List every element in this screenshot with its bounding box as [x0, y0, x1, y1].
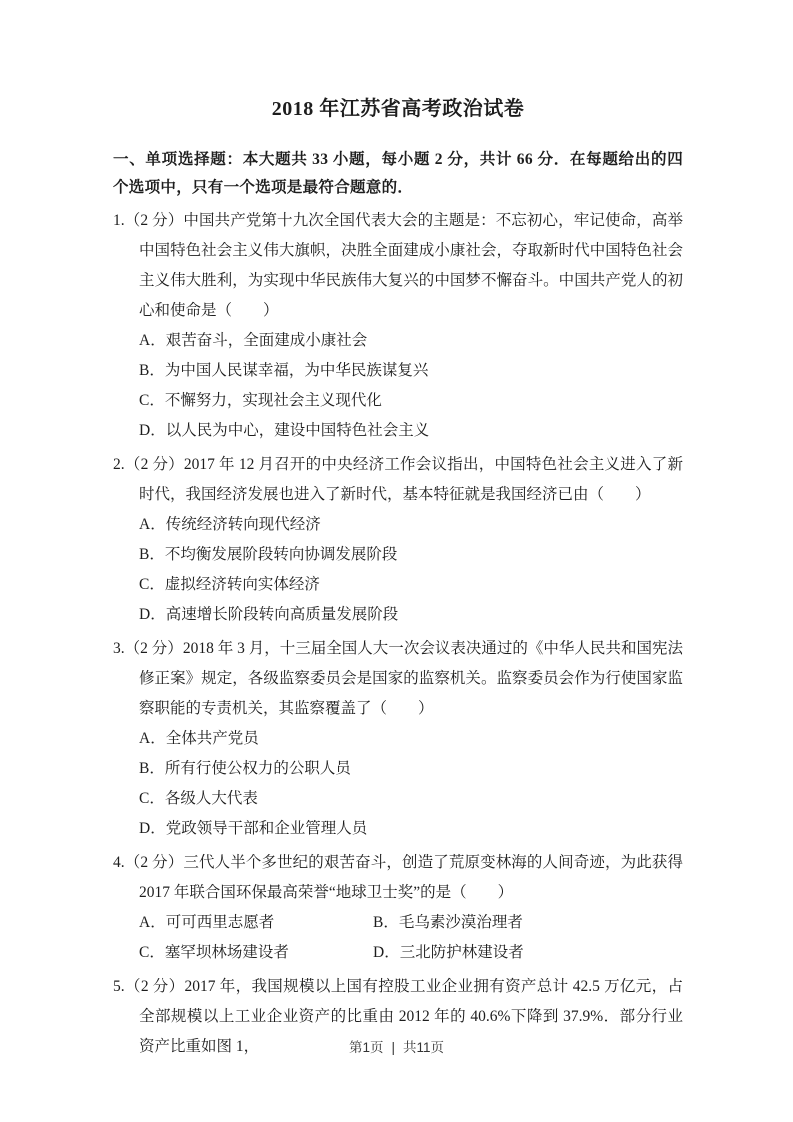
- question-4-stem: 4.（2 分）三代人半个多世纪的艰苦奋斗，创造了荒原变林海的人间奇迹，为此获得 …: [113, 848, 683, 908]
- option-c: C．塞罕坝林场建设者: [139, 938, 373, 968]
- section-heading: 一、单项选择题：本大题共 33 小题，每小题 2 分，共计 66 分．在每题给出…: [113, 146, 683, 202]
- page-title: 2018 年江苏省高考政治试卷: [113, 96, 683, 122]
- option-b: B．不均衡发展阶段转向协调发展阶段: [139, 540, 683, 570]
- question-1-stem: 1.（2 分）中国共产党第十九次全国代表大会的主题是：不忘初心，牢记使命，高举中…: [113, 206, 683, 326]
- question-stem-text: 2017 年 12 月召开的中央经济工作会议指出，中国特色社会主义进入了新时代，…: [139, 456, 683, 503]
- question-number: 1.: [113, 212, 125, 229]
- option-b: B．所有行使公权力的公职人员: [139, 754, 683, 784]
- question-2: 2.（2 分）2017 年 12 月召开的中央经济工作会议指出，中国特色社会主义…: [113, 450, 683, 630]
- question-number: 2.: [113, 456, 125, 473]
- option-a: A．传统经济转向现代经济: [139, 510, 683, 540]
- page-footer: 第1页|共11页: [0, 1036, 793, 1056]
- option-a: A．艰苦奋斗，全面建成小康社会: [139, 326, 683, 356]
- question-stem-text: 2018 年 3 月，十三届全国人大一次会议表决通过的《中华人民共和国宪法修正案…: [139, 640, 683, 717]
- question-number: 3.: [113, 640, 125, 657]
- question-number: 4.: [113, 854, 125, 871]
- option-d: D．党政领导干部和企业管理人员: [139, 814, 683, 844]
- option-a: A．全体共产党员: [139, 724, 683, 754]
- option-a: A．可可西里志愿者: [139, 908, 373, 938]
- question-stem-text: 三代人半个多世纪的艰苦奋斗，创造了荒原变林海的人间奇迹，为此获得 2017 年联…: [139, 854, 683, 901]
- option-c: C．各级人大代表: [139, 784, 683, 814]
- question-number: 5.: [113, 978, 125, 995]
- question-1-options: A．艰苦奋斗，全面建成小康社会 B．为中国人民谋幸福，为中华民族谋复兴 C．不懈…: [113, 326, 683, 446]
- question-score: （2 分）: [125, 456, 184, 473]
- question-1: 1.（2 分）中国共产党第十九次全国代表大会的主题是：不忘初心，牢记使命，高举中…: [113, 206, 683, 446]
- question-score: （2 分）: [125, 854, 184, 871]
- question-stem-text: 中国共产党第十九次全国代表大会的主题是：不忘初心，牢记使命，高举中国特色社会主义…: [139, 212, 683, 319]
- option-b: B．为中国人民谋幸福，为中华民族谋复兴: [139, 356, 683, 386]
- question-3-stem: 3.（2 分）2018 年 3 月，十三届全国人大一次会议表决通过的《中华人民共…: [113, 634, 683, 724]
- exam-page: 2018 年江苏省高考政治试卷 一、单项选择题：本大题共 33 小题，每小题 2…: [0, 0, 793, 1122]
- option-d: D．高速增长阶段转向高质量发展阶段: [139, 600, 683, 630]
- option-c: C．不懈努力，实现社会主义现代化: [139, 386, 683, 416]
- total-pages: 共11页: [403, 1040, 444, 1055]
- question-score: （2 分）: [125, 640, 183, 657]
- option-b: B．毛乌素沙漠治理者: [373, 908, 683, 938]
- page-number: 第1页: [349, 1040, 384, 1055]
- question-3: 3.（2 分）2018 年 3 月，十三届全国人大一次会议表决通过的《中华人民共…: [113, 634, 683, 844]
- question-4: 4.（2 分）三代人半个多世纪的艰苦奋斗，创造了荒原变林海的人间奇迹，为此获得 …: [113, 848, 683, 968]
- option-d: D．三北防护林建设者: [373, 938, 683, 968]
- question-2-options: A．传统经济转向现代经济 B．不均衡发展阶段转向协调发展阶段 C．虚拟经济转向实…: [113, 510, 683, 630]
- option-d: D．以人民为中心，建设中国特色社会主义: [139, 416, 683, 446]
- footer-separator: |: [383, 1040, 403, 1055]
- question-score: （2 分）: [125, 978, 185, 995]
- option-c: C．虚拟经济转向实体经济: [139, 570, 683, 600]
- question-score: （2 分）: [125, 212, 184, 229]
- question-4-options: A．可可西里志愿者 B．毛乌素沙漠治理者 C．塞罕坝林场建设者 D．三北防护林建…: [113, 908, 683, 968]
- question-2-stem: 2.（2 分）2017 年 12 月召开的中央经济工作会议指出，中国特色社会主义…: [113, 450, 683, 510]
- question-3-options: A．全体共产党员 B．所有行使公权力的公职人员 C．各级人大代表 D．党政领导干…: [113, 724, 683, 844]
